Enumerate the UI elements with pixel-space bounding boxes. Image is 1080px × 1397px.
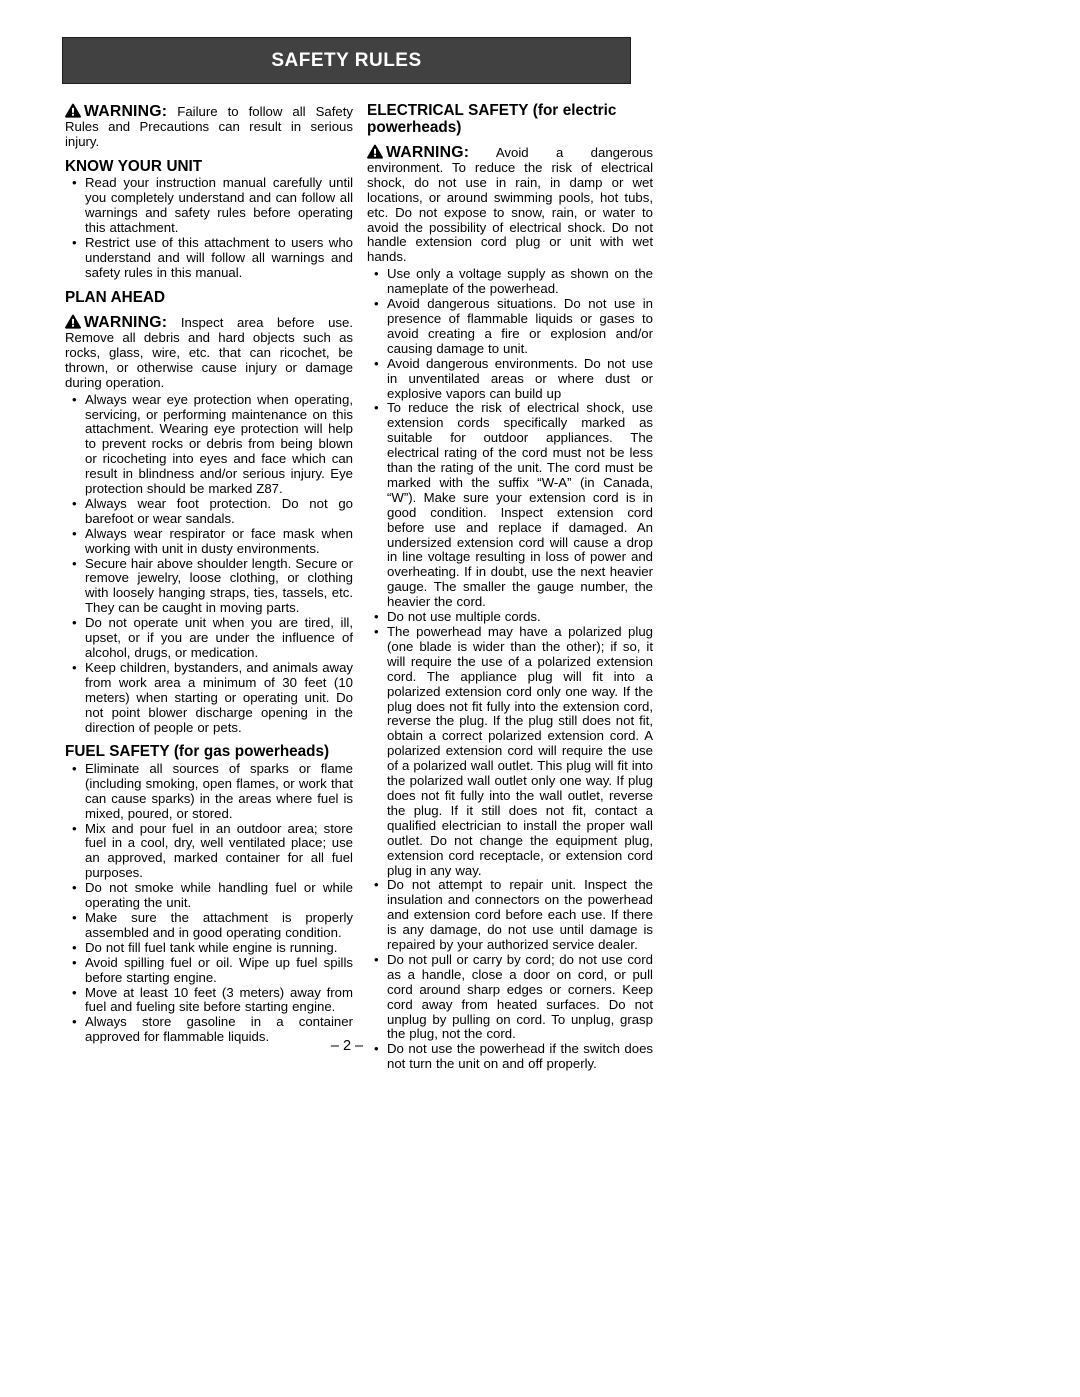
two-column-body: WARNING: Failure to follow all Safety Ru… (65, 99, 653, 1072)
bullet-item: Do not fill fuel tank while engine is ru… (85, 941, 353, 956)
bullet-item: Avoid dangerous environments. Do not use… (387, 357, 653, 402)
know-your-unit-list: Read your instruction manual carefully u… (65, 176, 353, 280)
warning-label: WARNING: (84, 103, 167, 120)
bullet-item: Do not pull or carry by cord; do not use… (387, 953, 653, 1042)
page-number: – 2 – (62, 1038, 632, 1054)
warning-triangle-icon (65, 314, 81, 329)
right-column: ELECTRICAL SAFETY (for electric powerhea… (367, 99, 653, 1072)
bullet-item: Move at least 10 feet (3 meters) away fr… (85, 986, 353, 1016)
bullet-item: Do not smoke while handling fuel or whil… (85, 881, 353, 911)
electrical-warning-paragraph: WARNING: Avoid a dangerous environment. … (367, 144, 653, 265)
warning-triangle-icon (65, 103, 81, 118)
plan-ahead-warning-paragraph: WARNING: Inspect area before use. Remove… (65, 314, 353, 391)
page-title-bar: SAFETY RULES (62, 37, 631, 84)
bullet-item: Restrict use of this attachment to users… (85, 236, 353, 281)
bullet-item: The powerhead may have a polarized plug … (387, 625, 653, 878)
bullet-item: Mix and pour fuel in an outdoor area; st… (85, 822, 353, 882)
warning-label: WARNING: (386, 144, 469, 161)
page-title: SAFETY RULES (271, 50, 421, 72)
bullet-item: Do not attempt to repair unit. Inspect t… (387, 878, 653, 953)
bullet-item: Always wear respirator or face mask when… (85, 527, 353, 557)
bullet-item: Keep children, bystanders, and animals a… (85, 661, 353, 736)
bullet-item: Avoid dangerous situations. Do not use i… (387, 297, 653, 357)
bullet-item: Always wear eye protection when operatin… (85, 393, 353, 497)
bullet-item: Read your instruction manual carefully u… (85, 176, 353, 236)
bullet-item: To reduce the risk of electrical shock, … (387, 401, 653, 610)
electrical-warning-text: Avoid a dangerous environment. To reduce… (367, 145, 653, 264)
bullet-item: Do not use multiple cords. (387, 610, 653, 625)
bullet-item: Do not operate unit when you are tired, … (85, 616, 353, 661)
plan-ahead-list: Always wear eye protection when operatin… (65, 393, 353, 736)
bullet-item: Make sure the attachment is properly ass… (85, 911, 353, 941)
manual-page: SAFETY RULES WARNING: Failure to follow … (0, 0, 1080, 1397)
left-column: WARNING: Failure to follow all Safety Ru… (65, 99, 353, 1072)
bullet-item: Always wear foot protection. Do not go b… (85, 497, 353, 527)
fuel-safety-list: Eliminate all sources of sparks or flame… (65, 762, 353, 1045)
section-title-know-your-unit: KNOW YOUR UNIT (65, 159, 353, 176)
section-title-fuel-safety: FUEL SAFETY (for gas powerheads) (65, 744, 353, 761)
bullet-item: Use only a voltage supply as shown on th… (387, 267, 653, 297)
bullet-item: Eliminate all sources of sparks or flame… (85, 762, 353, 822)
bullet-item: Secure hair above shoulder length. Secur… (85, 557, 353, 617)
section-title-plan-ahead: PLAN AHEAD (65, 290, 353, 307)
electrical-safety-list: Use only a voltage supply as shown on th… (367, 267, 653, 1072)
warning-triangle-icon (367, 144, 383, 159)
bullet-item: Avoid spilling fuel or oil. Wipe up fuel… (85, 956, 353, 986)
warning-label: WARNING: (84, 314, 167, 331)
intro-warning-paragraph: WARNING: Failure to follow all Safety Ru… (65, 103, 353, 150)
section-title-electrical-safety: ELECTRICAL SAFETY (for electric powerhea… (367, 103, 653, 136)
